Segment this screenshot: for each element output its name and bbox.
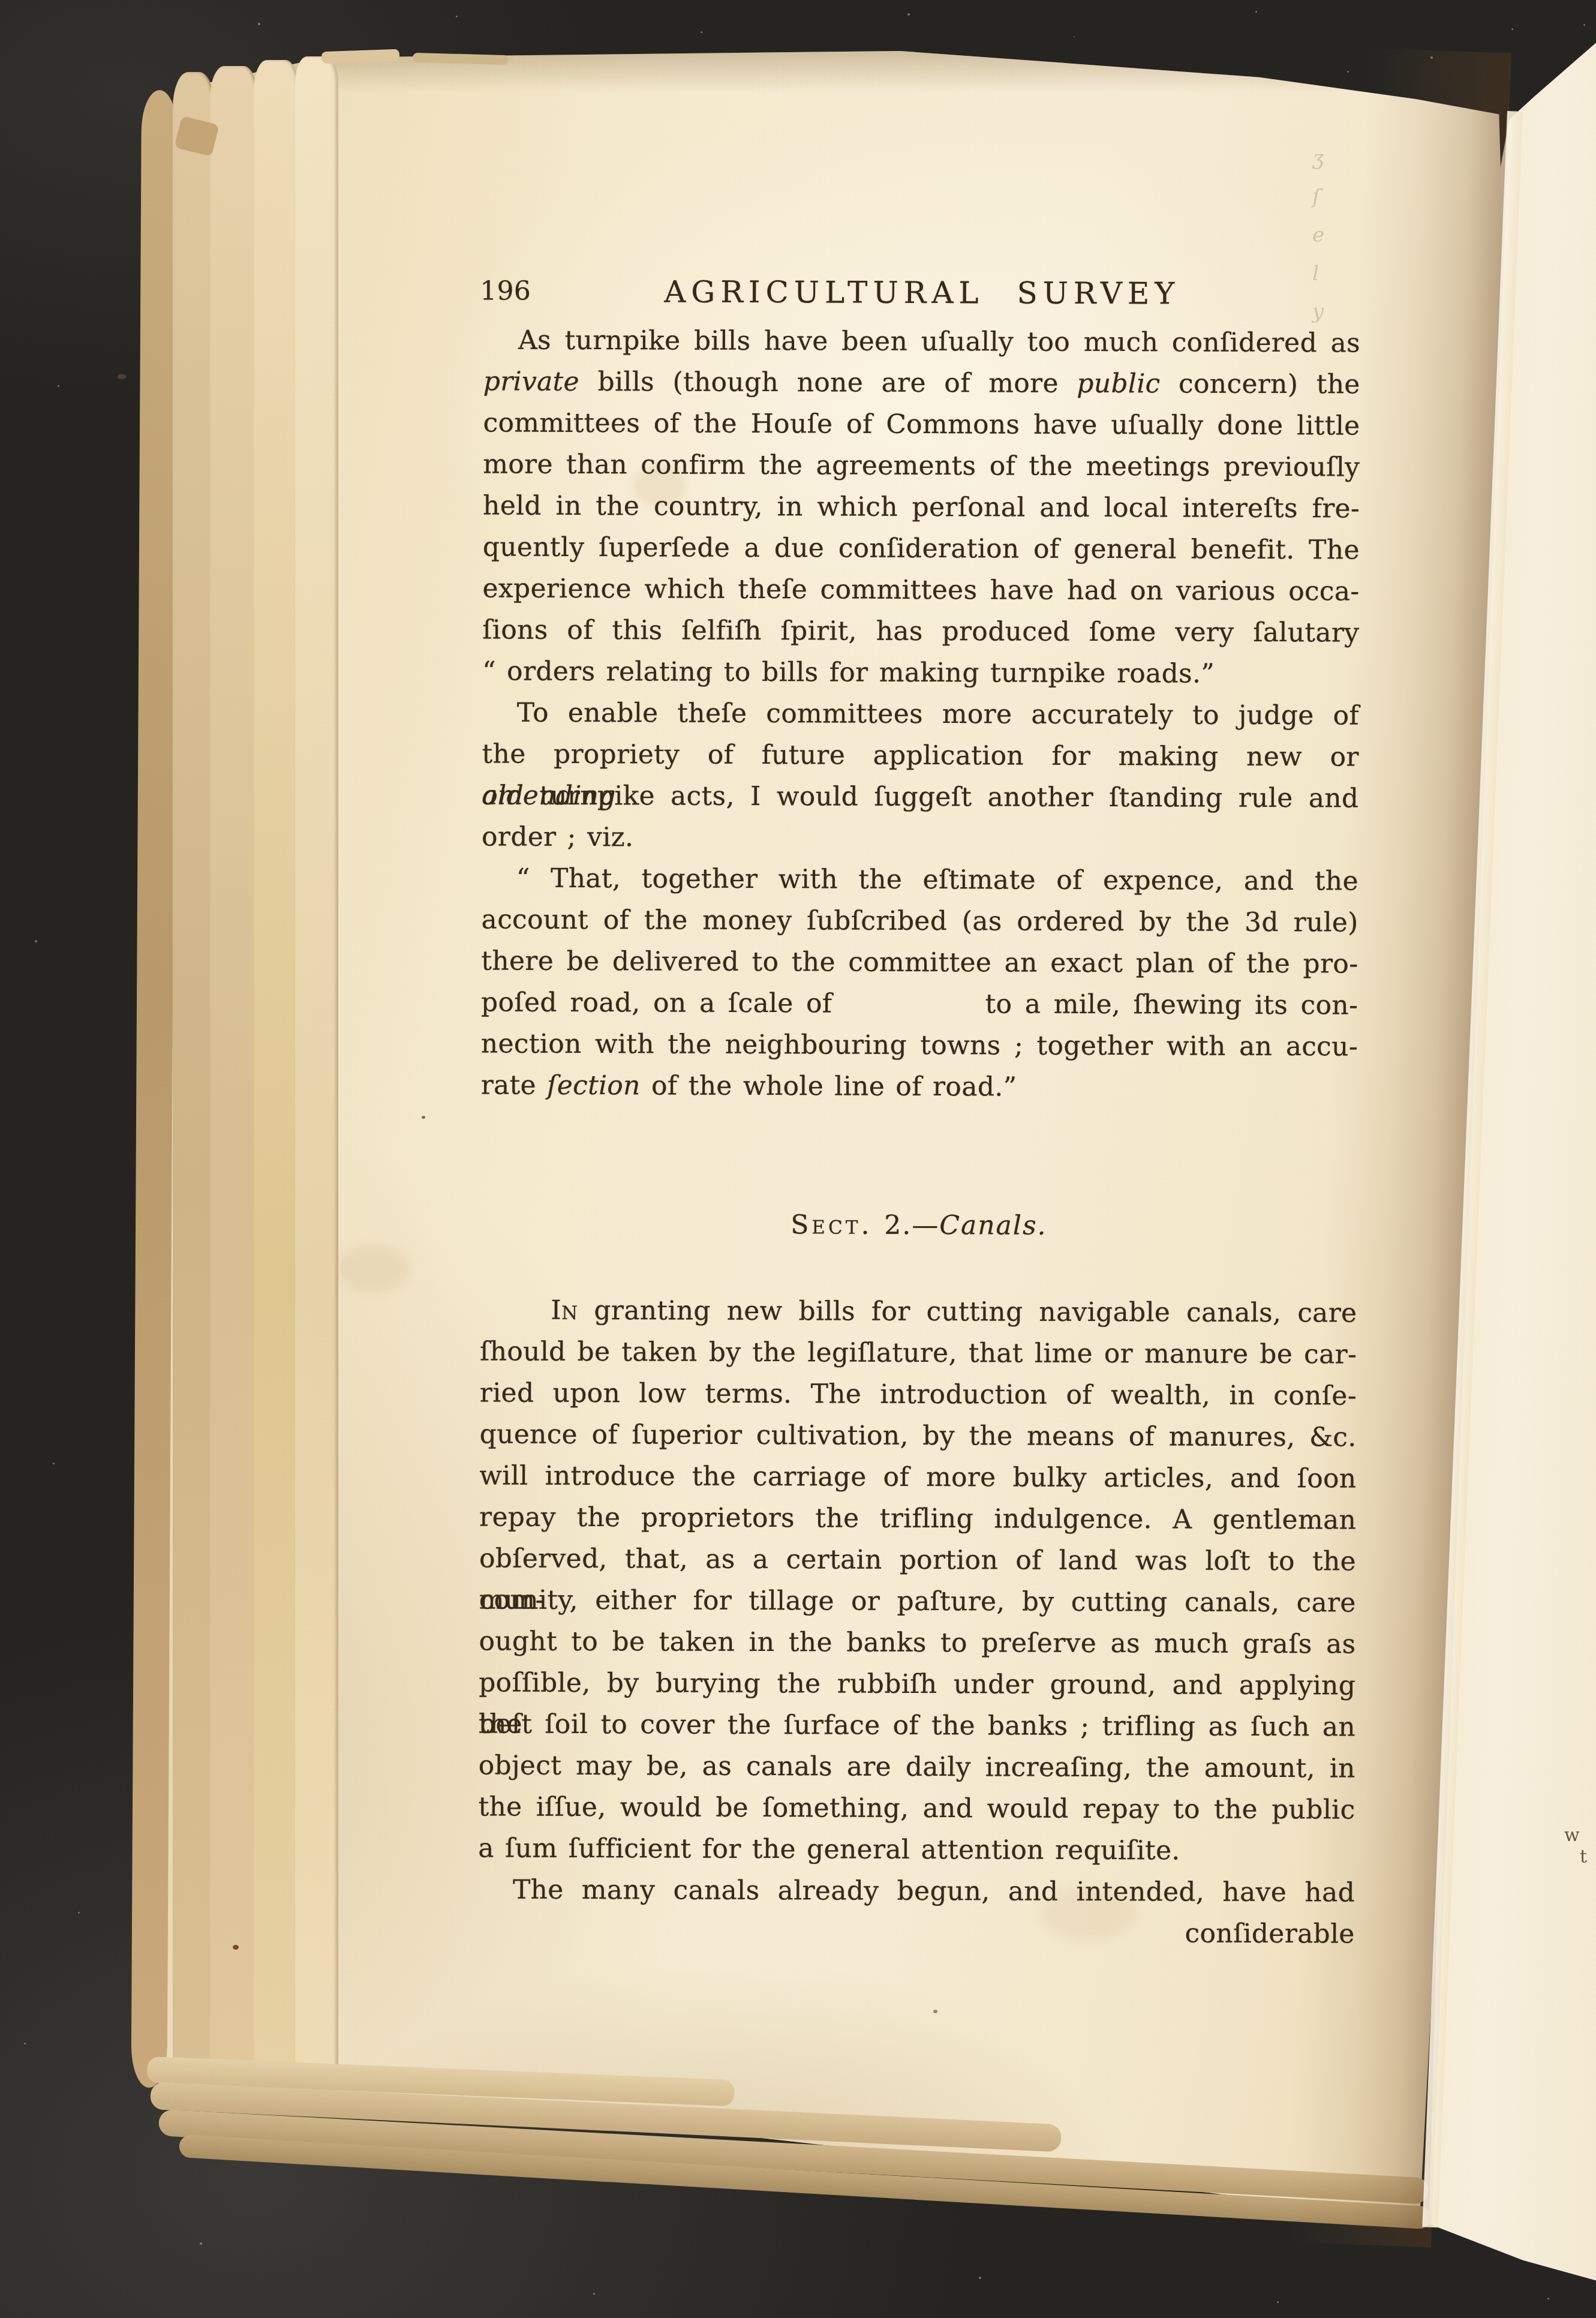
text-segment: more than confirm the agreements of the … <box>483 449 1360 482</box>
dust-speck <box>1347 71 1349 73</box>
text-segment: I <box>551 1295 561 1326</box>
text-segment: repay the proprietors the trifling indul… <box>479 1502 1356 1535</box>
text-segment: munity, either for tillage or paſture, b… <box>479 1584 1356 1618</box>
text-line: As turnpike bills have been uſually too … <box>483 319 1360 364</box>
text-segment: concern) the <box>1161 368 1360 400</box>
text-segment: held in the country, in which perſonal a… <box>483 490 1360 524</box>
text-segment: account of the money ſubſcribed (as orde… <box>482 904 1358 938</box>
text-segment: rate <box>481 1070 548 1100</box>
text-column: 196 AGRICULTURAL SURVEY As turnpike bill… <box>477 0 1361 2318</box>
text-segment: “ orders relating to bills for making tu… <box>482 656 1215 689</box>
text-segment: beſt ſoil to cover the ſurface of the ba… <box>479 1709 1355 1742</box>
text-segment: granting new bills for cutting navigable… <box>578 1295 1357 1329</box>
text-segment: there be delivered to the committee an e… <box>481 945 1358 979</box>
text-segment: The many canals already begun, and inten… <box>513 1875 1355 1908</box>
text-line: quently ſuperſede a due conſideration of… <box>483 526 1360 571</box>
italic-text: private <box>483 366 579 397</box>
text-line: private bills (though none are of more p… <box>483 361 1360 405</box>
dust-speck <box>1430 56 1433 59</box>
text-segment: a ſum ſufficient for the general attenti… <box>478 1833 1180 1866</box>
bleed-through-glyph: y <box>1312 300 1324 324</box>
text-line: object may be, as canals are daily incre… <box>479 1744 1355 1789</box>
text-line: ſhould be taken by the legiſlature, that… <box>480 1331 1357 1375</box>
italic-text: public <box>1077 368 1160 399</box>
dust-speck <box>1511 28 1513 30</box>
text-segment: committees of the Houſe of Commons have … <box>483 407 1360 441</box>
text-segment: “ That, together with the eſtimate of ex… <box>516 863 1358 897</box>
page-number: 196 <box>480 269 531 313</box>
text-segment: poſed road, on a ſcale of <box>481 987 832 1019</box>
dust-speck <box>258 23 260 25</box>
text-segment: will introduce the carriage of more bulk… <box>479 1460 1356 1494</box>
text-line: munity, either for tillage or paſture, b… <box>479 1579 1356 1623</box>
text-line: committees of the Houſe of Commons have … <box>483 402 1360 446</box>
dust-speck <box>53 1463 55 1464</box>
dust-speck <box>979 2277 981 2279</box>
dust-speck <box>1277 2301 1279 2303</box>
small-caps-text: ect. <box>811 1209 872 1240</box>
text-segment: ought to be taken in the banks to preſer… <box>479 1626 1355 1659</box>
text-segment: of the whole line of road.” <box>641 1070 1017 1102</box>
text-line: In granting new bills for cutting naviga… <box>480 1289 1357 1334</box>
small-caps-text: n <box>561 1295 578 1326</box>
text-line: poſſible, by burying the rubbiſh under g… <box>479 1662 1355 1706</box>
text-segment: the iſſue, would be ſomething, and would… <box>478 1791 1355 1825</box>
paper-stain <box>339 1245 411 1293</box>
text-line: ought to be taken in the banks to preſer… <box>479 1620 1355 1665</box>
italic-text: old <box>482 780 524 810</box>
dust-speck <box>593 2293 595 2295</box>
text-segment: ſions of this ſelfiſh ſpirit, has produc… <box>482 614 1359 648</box>
text-line: To enable theſe committees more accurate… <box>482 692 1359 736</box>
blank-space <box>832 1012 985 1013</box>
text-segment: quently ſuperſede a due conſideration of… <box>483 532 1360 565</box>
dust-speck <box>35 940 37 942</box>
dust-speck <box>24 2043 26 2044</box>
text-line: ried upon low terms. The introduction of… <box>480 1372 1357 1416</box>
text-line: “ orders relating to bills for making tu… <box>482 650 1359 695</box>
text-segment: quence of ſuperior cultivation, by the m… <box>480 1419 1357 1452</box>
dust-speck <box>907 13 910 16</box>
text-line: the propriety of future application for … <box>482 733 1358 777</box>
text-segment: ſhould be taken by the legiſlature, that… <box>480 1336 1357 1370</box>
ink-speck <box>118 374 126 379</box>
text-segment: turnpike acts, I would ſuggeſt another ſ… <box>524 780 1359 814</box>
deckle-strip <box>254 60 299 2095</box>
bleed-through-glyph: e <box>1312 223 1324 247</box>
text-segment: to a mile, ſhewing its con- <box>985 989 1358 1020</box>
text-line: obſerved, that, as a certain portion of … <box>479 1538 1356 1582</box>
dust-speck <box>456 16 458 17</box>
text-line: “ That, together with the eſtimate of ex… <box>482 857 1358 902</box>
text-segment: the propriety of future application for … <box>482 738 1359 772</box>
text-line: held in the country, in which perſonal a… <box>483 485 1360 529</box>
book-photo: 196 AGRICULTURAL SURVEY As turnpike bill… <box>0 0 1596 2318</box>
text-line: repay the proprietors the trifling indul… <box>479 1496 1356 1541</box>
text-segment: experience which theſe committees have h… <box>482 573 1359 606</box>
dust-speck <box>1583 24 1585 26</box>
text-line: a ſum ſufficient for the general attenti… <box>478 1827 1355 1872</box>
text-line: rate ſection of the whole line of road.” <box>481 1064 1358 1109</box>
dust-speck <box>701 31 702 33</box>
text-line: nection with the neighbouring towns ; to… <box>481 1023 1358 1067</box>
dust-speck <box>78 1912 80 1914</box>
deckle-strip <box>210 66 258 2095</box>
italic-text: Canals. <box>939 1210 1047 1241</box>
text-segment: object may be, as canals are daily incre… <box>479 1750 1355 1783</box>
ink-speck <box>422 1116 425 1119</box>
text-line: account of the money ſubſcribed (as orde… <box>482 899 1358 943</box>
bleed-through-glyph: ſ <box>1312 185 1320 209</box>
text-line: poſed road, on a ſcale ofto a mile, ſhew… <box>481 981 1358 1026</box>
bleed-through-glyph: l <box>1312 262 1319 286</box>
dust-speck <box>1255 11 1257 13</box>
dust-speck <box>200 2242 202 2245</box>
running-header: 196 AGRICULTURAL SURVEY <box>483 269 1360 316</box>
text-segment: ried upon low terms. The introduction of… <box>480 1377 1357 1411</box>
text-line: The many canals already begun, and inten… <box>478 1869 1355 1913</box>
text-line: beſt ſoil to cover the ſurface of the ba… <box>479 1703 1355 1747</box>
catchword: conſiderable <box>478 1910 1355 1954</box>
text-line: experience which theſe committees have h… <box>482 568 1359 612</box>
dust-speck <box>58 385 59 387</box>
text-segment: order ; viz. <box>482 821 633 852</box>
text-line: more than confirm the agreements of the … <box>483 443 1360 488</box>
deckle-strip <box>295 56 338 2096</box>
bleed-through-glyph: ʒ <box>1312 146 1324 170</box>
text-line: order ; viz. <box>482 816 1358 860</box>
deckle-strip <box>173 72 215 2095</box>
text-line: there be delivered to the committee an e… <box>481 940 1358 984</box>
text-segment: S <box>791 1209 811 1240</box>
text-segment: To enable theſe committees more accurate… <box>517 698 1359 731</box>
margin-mark: w <box>1564 1825 1580 1846</box>
section-heading-text: Sect. <box>791 1209 872 1240</box>
dust-speck <box>1074 36 1075 37</box>
text-segment: As turnpike bills have been uſually too … <box>518 325 1360 359</box>
text-segment: nection with the neighbouring towns ; to… <box>481 1028 1358 1062</box>
text-segment: bills (though none are of more <box>579 367 1077 399</box>
dust-speck <box>1547 2298 1549 2299</box>
text-line: old turnpike acts, I would ſuggeſt anoth… <box>482 774 1358 819</box>
text-line: ſions of this ſelfiſh ſpirit, has produc… <box>482 609 1359 653</box>
text-line: will introduce the carriage of more bulk… <box>479 1455 1356 1499</box>
section-heading: Sect. 2.—Canals. <box>480 1203 1357 1247</box>
margin-mark: t <box>1580 1846 1587 1867</box>
text-line: quence of ſuperior cultivation, by the m… <box>480 1413 1357 1458</box>
running-title: AGRICULTURAL SURVEY <box>483 269 1360 316</box>
text-line: the iſſue, would be ſomething, and would… <box>478 1786 1355 1830</box>
text-segment: 2.— <box>872 1210 939 1241</box>
ink-speck <box>233 1945 239 1950</box>
ink-speck <box>933 2010 937 2013</box>
italic-text: ſection <box>547 1070 641 1101</box>
